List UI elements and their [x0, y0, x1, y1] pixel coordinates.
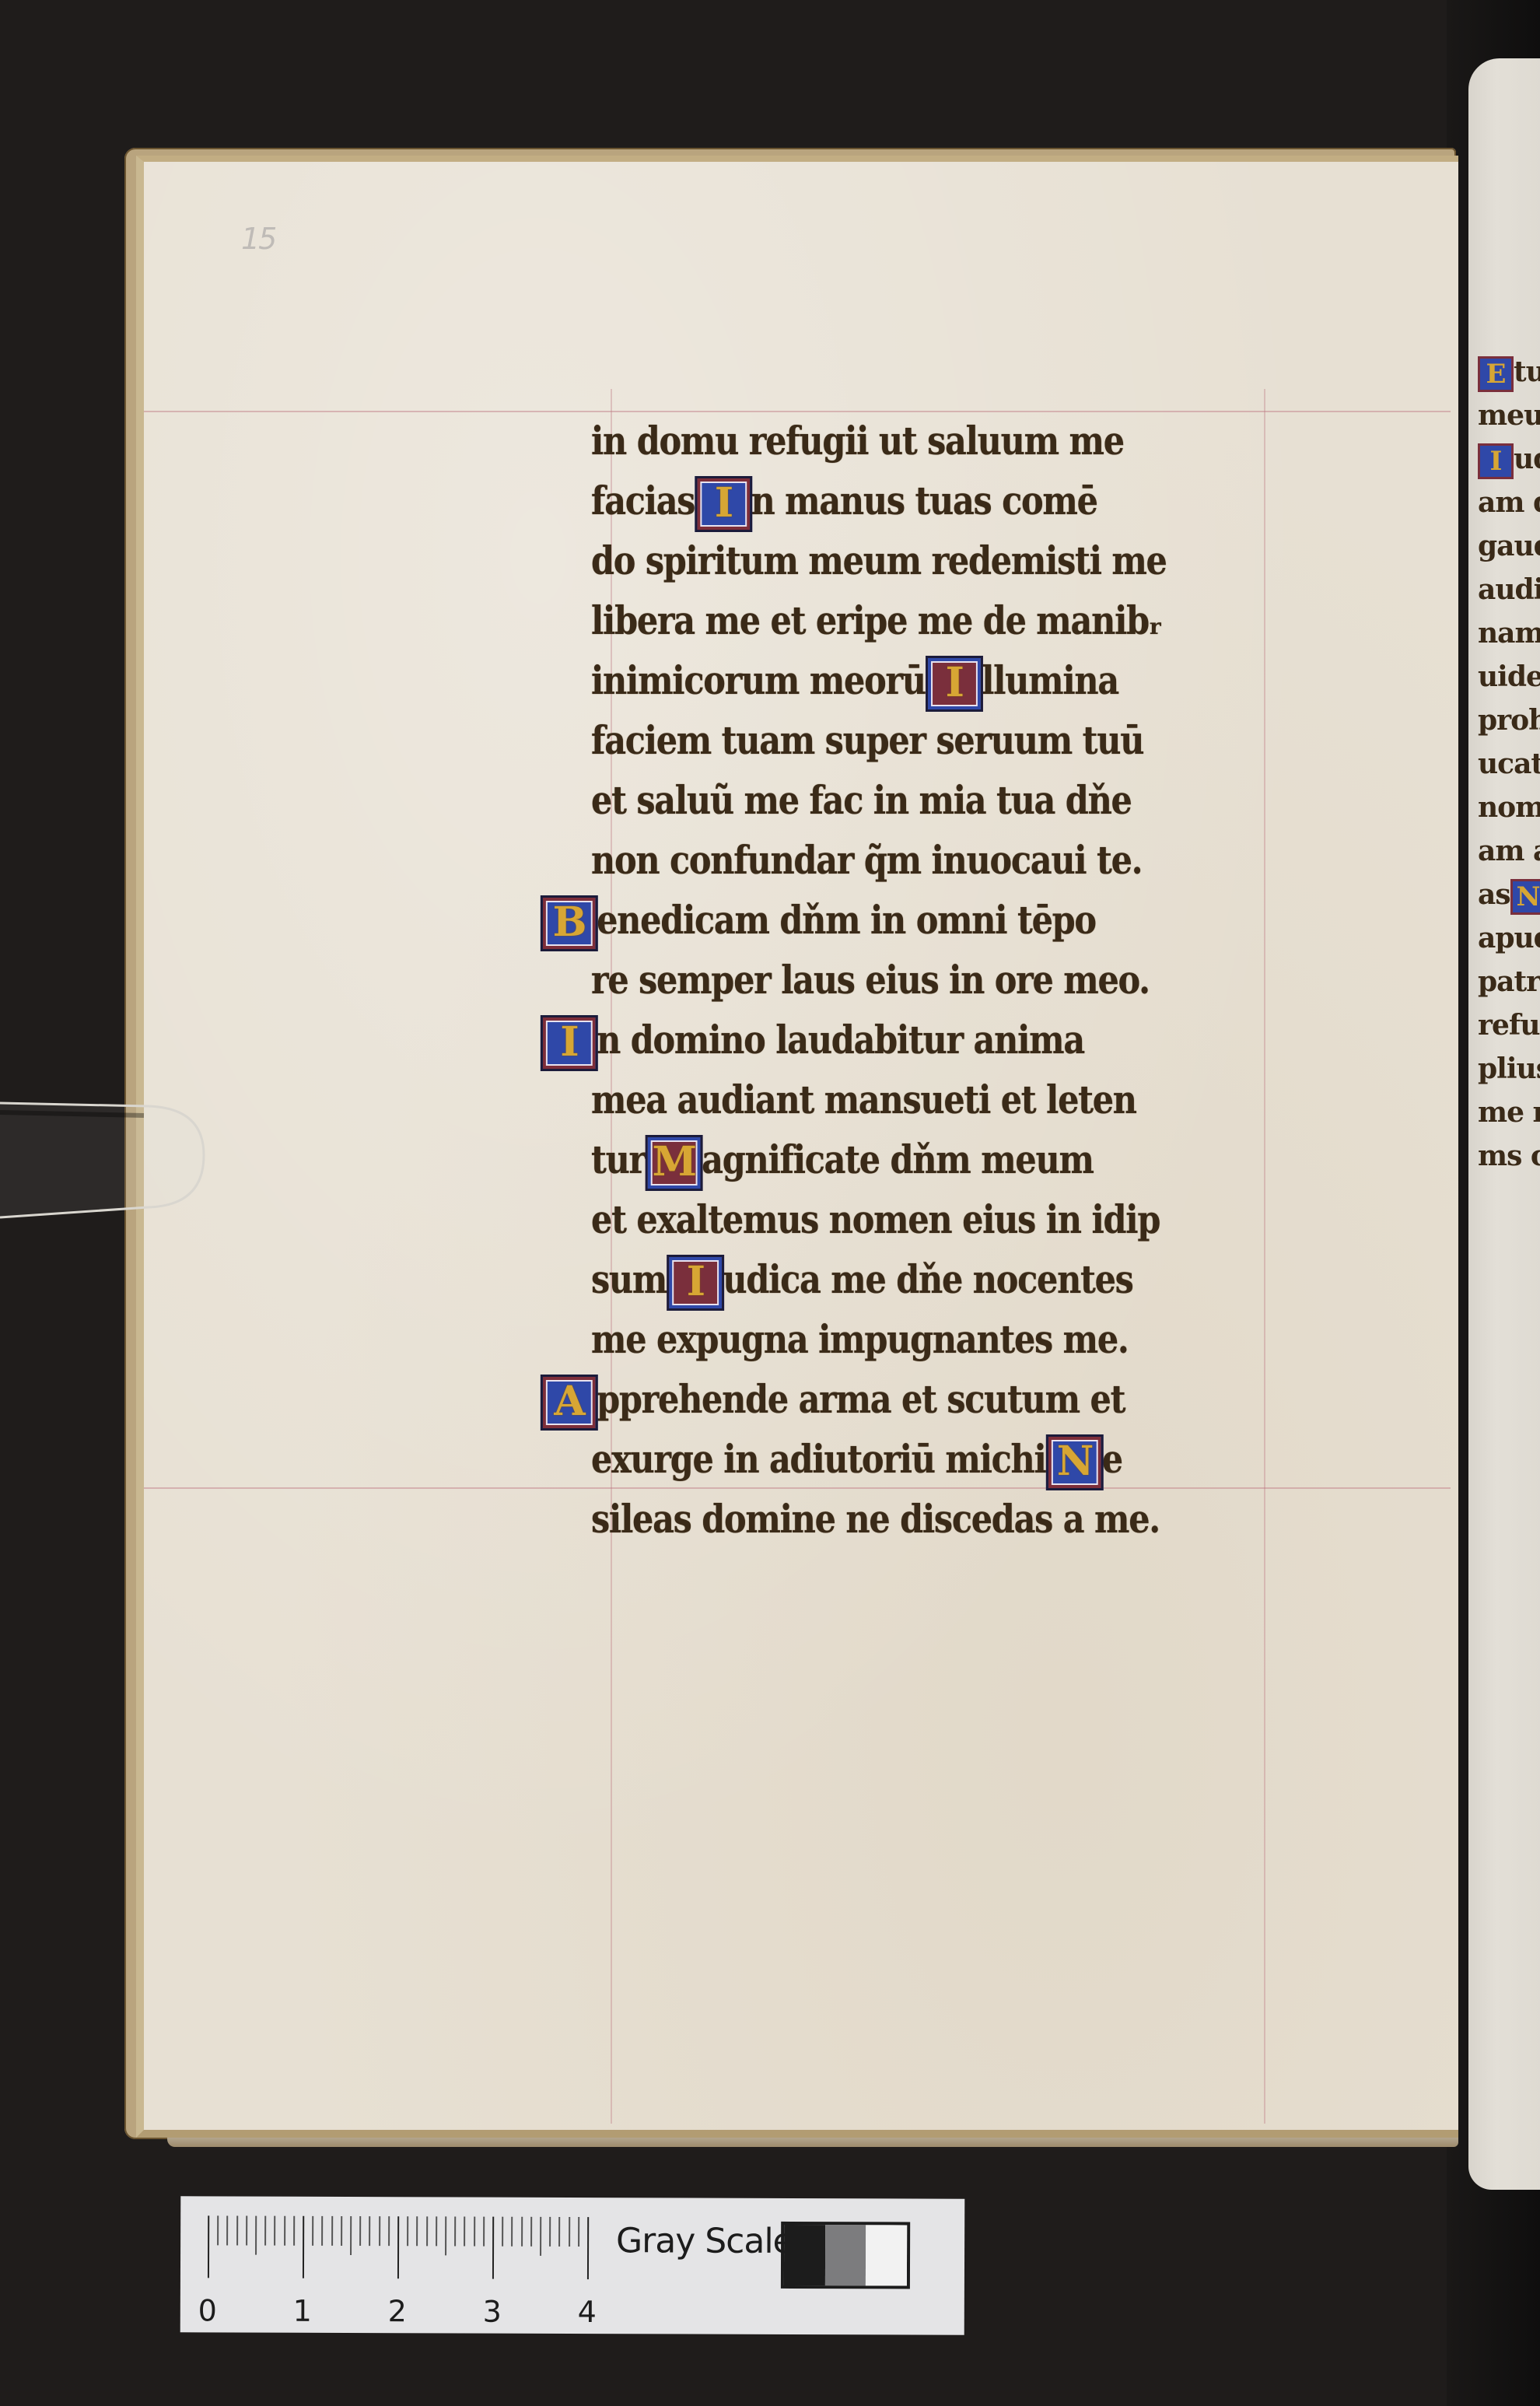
- ruler-tick: [483, 2217, 485, 2247]
- ruler-tick: [388, 2216, 390, 2246]
- ruler-tick: [407, 2216, 408, 2246]
- line-text: facias: [591, 478, 695, 524]
- ruler-tick: [359, 2216, 361, 2246]
- ruler-tick: [549, 2217, 551, 2247]
- ruler-tick: [369, 2216, 370, 2246]
- ruler-tick: [274, 2216, 275, 2246]
- facing-page-line: gaudea: [1478, 524, 1540, 568]
- illuminated-initial: I: [1478, 443, 1514, 479]
- ruler-tick: [303, 2216, 304, 2278]
- manuscript-line: do spiritum meum redemisti me: [591, 531, 1193, 590]
- ruler-tick: [511, 2217, 513, 2247]
- ruler-tick: [530, 2217, 532, 2247]
- line-text: nam tu: [1478, 617, 1540, 650]
- line-text: et exaltemus nomen eius in idip: [591, 1196, 1160, 1242]
- ruler-tick: [312, 2216, 313, 2246]
- ruler-tick: [426, 2216, 428, 2246]
- line-text: nomen: [1478, 791, 1540, 824]
- facing-page-text: Etumeus eIudam dogaudeaaudiamnam tuuideL…: [1478, 350, 1540, 1178]
- line-text: exurge in adiutoriū michi: [591, 1436, 1046, 1482]
- facing-page-line: asN: [1478, 873, 1540, 916]
- line-text: plius no: [1478, 1052, 1540, 1085]
- scale-card: 01234 Gray Scale: [180, 2196, 965, 2335]
- manuscript-line: Benedicam dňm in omni tēpo: [544, 890, 1187, 950]
- line-text: tur: [591, 1136, 646, 1182]
- line-text: prohic e: [1478, 704, 1540, 737]
- facing-page-line: prohic e: [1478, 699, 1540, 742]
- line-text: enedicam dňm in omni tēpo: [597, 897, 1096, 943]
- illuminated-initial: I: [926, 656, 983, 712]
- line-text: non confundar q̃m inuocaui te.: [591, 837, 1142, 883]
- manuscript-line: in domu refugii ut saluum me: [591, 411, 1193, 471]
- facing-page-line: apud te: [1478, 916, 1540, 960]
- illuminated-initial: I: [541, 1015, 598, 1071]
- ruler-tick: [397, 2216, 399, 2278]
- line-text: am au: [1478, 835, 1540, 867]
- ruler-tick: [379, 2216, 380, 2246]
- ruler-tick: [217, 2215, 219, 2245]
- manuscript-line: turMagnificate dňm meum: [591, 1129, 1193, 1189]
- gray-scale-label: Gray Scale: [616, 2221, 793, 2261]
- ruler-tick: [341, 2216, 342, 2246]
- line-text: gaudea: [1478, 530, 1540, 562]
- line-text-continued: udica me dňe nocentes: [723, 1256, 1132, 1302]
- facing-page-line: am do: [1478, 481, 1540, 524]
- facing-page-line: audiam: [1478, 568, 1540, 611]
- facing-page-line: refugiu: [1478, 1003, 1540, 1047]
- ruler: 01234: [208, 2215, 597, 2334]
- ruler-tick: [208, 2215, 209, 2278]
- line-text-continued: llumina: [982, 657, 1118, 703]
- manuscript-line: et exaltemus nomen eius in idip: [591, 1189, 1193, 1249]
- line-text: me ma: [1478, 1096, 1540, 1129]
- manuscript-line: In domino laudabitur anima: [544, 1010, 1187, 1070]
- ruler-tick: [569, 2217, 570, 2247]
- page-clip-icon: [0, 1089, 206, 1221]
- illuminated-initial: B: [541, 895, 598, 951]
- manuscript-line: faciasIn manus tuas comē: [591, 471, 1193, 531]
- ruler-tick: [331, 2216, 333, 2246]
- line-text: sileas domine ne discedas a me.: [591, 1496, 1160, 1542]
- facing-page-line: Iud: [1478, 437, 1540, 481]
- line-text: audiam: [1478, 573, 1540, 606]
- line-text: re semper laus eius in ore meo.: [591, 957, 1150, 1003]
- ruler-label: 2: [388, 2294, 407, 2328]
- line-text: do spiritum meum redemisti me: [591, 538, 1167, 583]
- ruler-tick: [464, 2217, 465, 2247]
- line-text-continued: agnificate dňm meum: [702, 1136, 1094, 1182]
- ruler-label: 1: [293, 2294, 312, 2328]
- manuscript-line: re semper laus eius in ore meo.: [591, 950, 1193, 1010]
- ruler-tick: [558, 2217, 560, 2247]
- ruler-tick: [321, 2216, 323, 2246]
- ruler-tick: [350, 2216, 352, 2255]
- line-text: ud: [1514, 443, 1540, 475]
- line-text: libera me et eripe me de manibᵣ: [591, 597, 1161, 643]
- text-block: in domu refugii ut saluum mefaciasIn man…: [591, 411, 1291, 1549]
- line-text: mea audiant mansueti et leten: [591, 1077, 1136, 1122]
- line-text: meus e: [1478, 399, 1540, 432]
- manuscript-line: non confundar q̃m inuocaui te.: [591, 830, 1193, 890]
- ruler-label: 3: [483, 2295, 502, 2329]
- manuscript-line: sumIudica me dňe nocentes: [591, 1249, 1193, 1309]
- line-text: pprehende arma et scutum et: [597, 1376, 1125, 1422]
- ruler-tick: [540, 2217, 541, 2256]
- ruler-tick: [246, 2216, 247, 2246]
- ruler-tick: [236, 2215, 238, 2245]
- line-text: refugiu: [1478, 1009, 1540, 1042]
- manuscript-line: et saluũ me fac in mia tua dňe: [591, 770, 1193, 830]
- ruler-tick: [492, 2217, 494, 2279]
- line-text: uide: [1478, 660, 1540, 693]
- illuminated-initial: M: [646, 1135, 703, 1191]
- manuscript-line: faciem tuam super seruum tuū: [591, 710, 1193, 770]
- facing-page-line: ms co: [1478, 1134, 1540, 1178]
- manuscript-line: exurge in adiutoriū michiNe: [591, 1429, 1193, 1489]
- line-text: as: [1478, 878, 1510, 911]
- line-text: et saluũ me fac in mia tua dňe: [591, 777, 1132, 823]
- ruler-label: 4: [578, 2295, 597, 2329]
- illuminated-initial: I: [695, 476, 752, 532]
- facing-page-line: meus e: [1478, 394, 1540, 437]
- ruler-tick: [436, 2216, 437, 2246]
- manuscript-line: mea audiant mansueti et leten: [591, 1070, 1193, 1129]
- ruler-tick: [502, 2217, 503, 2247]
- line-text: tu: [1514, 355, 1540, 388]
- line-text: ucat m: [1478, 748, 1540, 780]
- facing-page-line: nomen: [1478, 786, 1540, 829]
- ruler-tick: [521, 2217, 523, 2247]
- line-text: inimicorum meorū: [591, 657, 926, 703]
- illuminated-initial: A: [541, 1375, 598, 1431]
- facing-page-line: plius no: [1478, 1047, 1540, 1091]
- ruler-tick: [587, 2217, 589, 2279]
- facing-page-line: patris: [1478, 960, 1540, 1003]
- illuminated-initial: I: [667, 1255, 724, 1311]
- illuminated-initial: N: [1510, 879, 1540, 915]
- facing-page-line: Etu: [1478, 350, 1540, 394]
- line-text-continued: e: [1102, 1436, 1122, 1482]
- ruler-label: 0: [198, 2293, 217, 2327]
- ruler-tick: [255, 2216, 257, 2255]
- gray-swatch: [784, 2225, 825, 2285]
- illuminated-initial: E: [1478, 356, 1514, 392]
- line-text: am do: [1478, 486, 1540, 519]
- line-text: sum: [591, 1256, 667, 1302]
- ruler-tick: [474, 2217, 475, 2247]
- line-text: me expugna impugnantes me.: [591, 1316, 1129, 1362]
- gray-swatch: [866, 2225, 907, 2285]
- manuscript-line: Apprehende arma et scutum et: [544, 1369, 1187, 1429]
- line-text-continued: n manus tuas comē: [751, 478, 1097, 524]
- pencil-foliation-mark: 15: [241, 222, 319, 261]
- facing-page-line: me ma: [1478, 1091, 1540, 1134]
- manuscript-line: sileas domine ne discedas a me.: [591, 1489, 1193, 1549]
- ruler-tick: [454, 2216, 456, 2246]
- ruler-tick: [293, 2216, 295, 2246]
- ruler-tick: [416, 2216, 418, 2246]
- manuscript-line: me expugna impugnantes me.: [591, 1309, 1193, 1369]
- manuscript-line: libera me et eripe me de manibᵣ: [591, 590, 1193, 650]
- line-text: apud te: [1478, 922, 1540, 954]
- facing-page-line: uideL: [1478, 655, 1540, 699]
- gray-swatch: [825, 2225, 866, 2285]
- facing-page-line: nam tu: [1478, 611, 1540, 655]
- gray-scale-swatches: [781, 2222, 910, 2289]
- ruler-tick: [578, 2217, 579, 2247]
- manuscript-line: inimicorum meorūIllumina: [591, 650, 1193, 710]
- ruler-tick: [226, 2215, 228, 2245]
- ruler-tick: [284, 2216, 285, 2246]
- line-text: ms co: [1478, 1140, 1540, 1172]
- line-text: in domu refugii ut saluum me: [591, 418, 1124, 464]
- line-text: patris: [1478, 965, 1540, 998]
- line-text: n domino laudabitur anima: [597, 1017, 1084, 1063]
- facing-page-line: am au: [1478, 829, 1540, 873]
- ruler-tick: [445, 2216, 446, 2255]
- illuminated-initial: N: [1046, 1434, 1104, 1490]
- facing-page-line: ucat m: [1478, 742, 1540, 786]
- line-text: faciem tuam super seruum tuū: [591, 717, 1143, 763]
- ruler-tick: [264, 2216, 266, 2246]
